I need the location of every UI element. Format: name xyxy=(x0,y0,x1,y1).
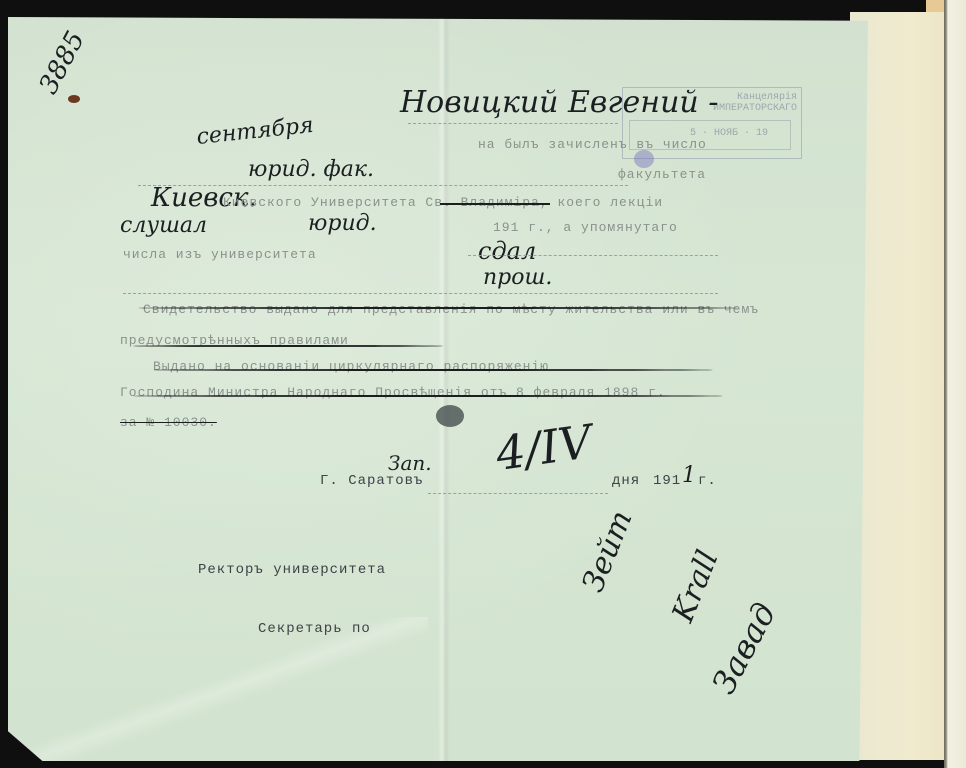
struck-line-4: Господина Министра Народнаго Просвѣщенія… xyxy=(120,385,666,400)
hand-year-digit: 1 xyxy=(682,463,696,488)
fill-line xyxy=(123,293,718,294)
hand-day: 4/IV xyxy=(492,414,595,481)
struck-line-1: Свидетельство выдано для представленія п… xyxy=(143,302,759,317)
hand-listened: слушал xyxy=(120,213,207,238)
signature-2: Krall xyxy=(666,545,726,627)
secretary-label: Секретарь по xyxy=(258,621,371,637)
signature-3: Завад xyxy=(704,597,783,700)
document-sheet: 3885 Канцелярія ИМПЕРАТОРСКАГО 5 · НОЯБ … xyxy=(8,17,868,761)
hand-faculty: юрид. фак. xyxy=(248,157,374,182)
hand-name: Новицкий Евгений - xyxy=(400,85,718,120)
rust-stain xyxy=(68,95,80,103)
strike-stroke xyxy=(138,307,738,309)
printed-line-2: факультета xyxy=(618,167,706,182)
hand-law: юрид. xyxy=(308,211,377,236)
hand-abbrev: Зап. xyxy=(388,451,432,475)
fill-line xyxy=(468,255,718,256)
binding-edge xyxy=(944,0,966,768)
underline-stroke xyxy=(440,203,550,205)
diagonal-crease xyxy=(8,617,428,767)
printed-line-5: числа изъ университета xyxy=(123,247,317,262)
hand-note: прош. xyxy=(483,265,552,290)
printed-year: 191 xyxy=(653,473,681,489)
hand-passed: сдал xyxy=(478,237,536,265)
ink-blot xyxy=(436,405,464,427)
rector-label: Ректоръ университета xyxy=(198,562,386,578)
strike-stroke xyxy=(133,395,723,397)
printed-year-suffix: г. xyxy=(698,473,717,489)
printed-day-word: дня xyxy=(612,473,640,489)
struck-line-3: Выдано на основаніи циркулярнаго распоря… xyxy=(153,359,549,374)
signature-1: Зейт xyxy=(576,506,640,597)
hand-month: сентября xyxy=(195,113,314,150)
purple-ink-mark xyxy=(634,150,654,168)
printed-line-1: на былъ зачисленъ въ число xyxy=(478,137,707,152)
strike-stroke xyxy=(153,369,713,371)
struck-line-5: за № 10030. xyxy=(120,415,217,430)
date-fill-line xyxy=(428,493,608,494)
strike-stroke xyxy=(133,345,443,347)
printed-city: Г. Саратовъ xyxy=(320,473,423,489)
archive-number: 3885 xyxy=(34,26,92,99)
printed-line-4: 191 г., а упомянутаго xyxy=(493,220,678,235)
fill-line xyxy=(408,123,618,124)
